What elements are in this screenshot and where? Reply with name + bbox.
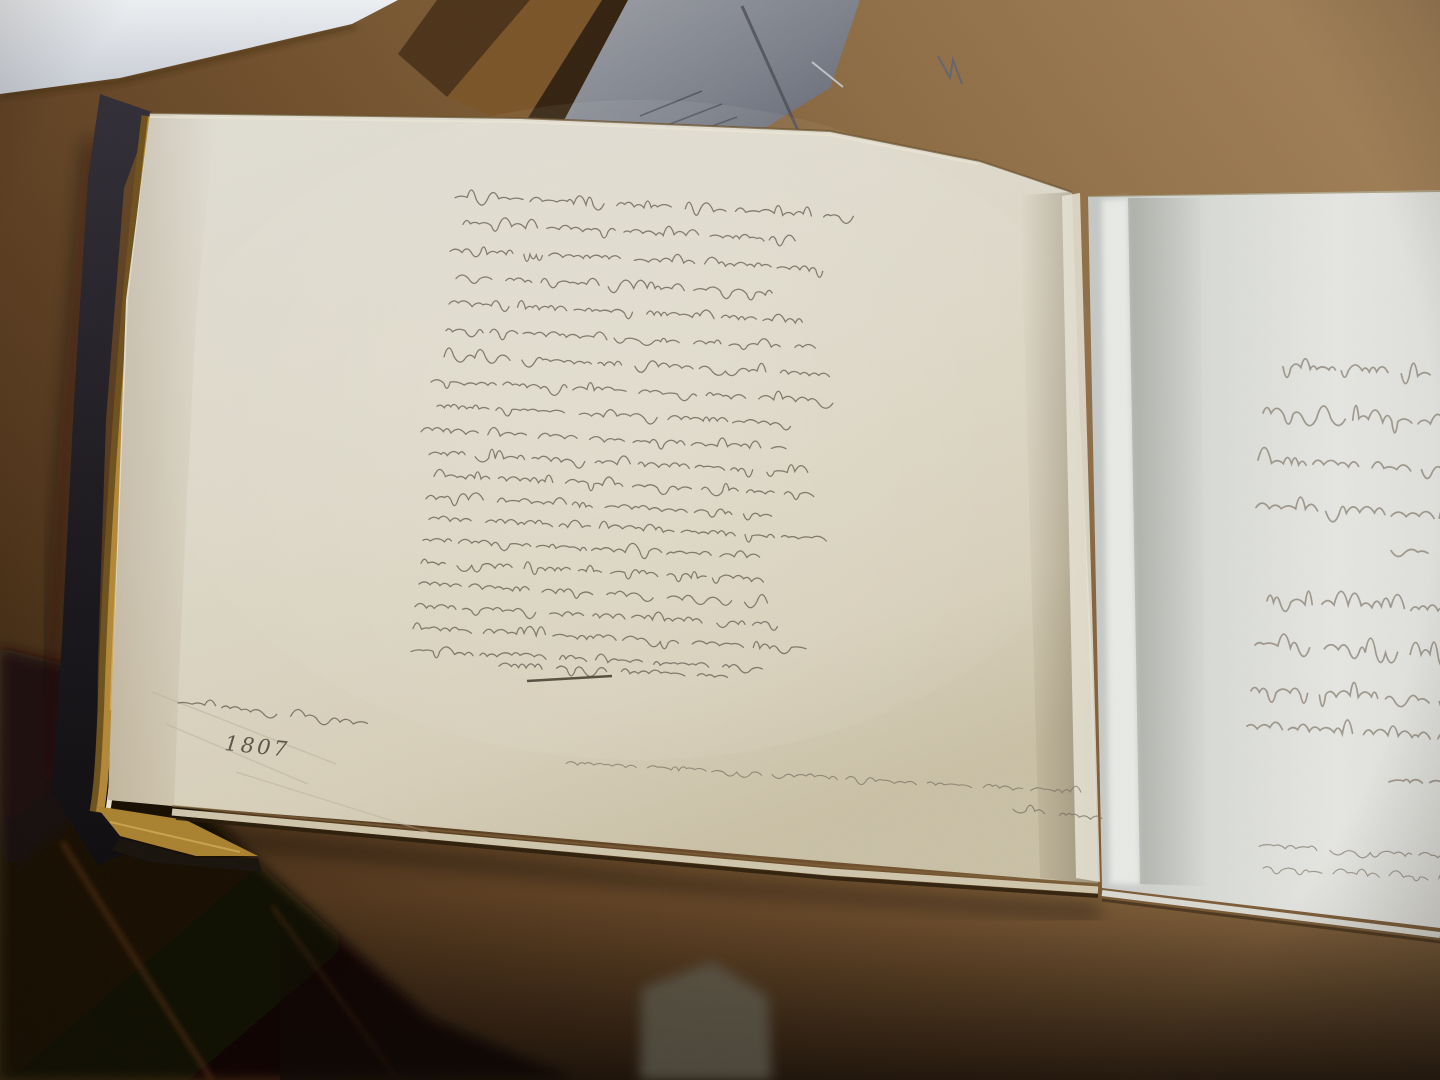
scene-svg: 1807 xyxy=(0,0,1440,1080)
photo-grain xyxy=(0,0,1440,1080)
photo-of-open-album: 1807 xyxy=(0,0,1440,1080)
